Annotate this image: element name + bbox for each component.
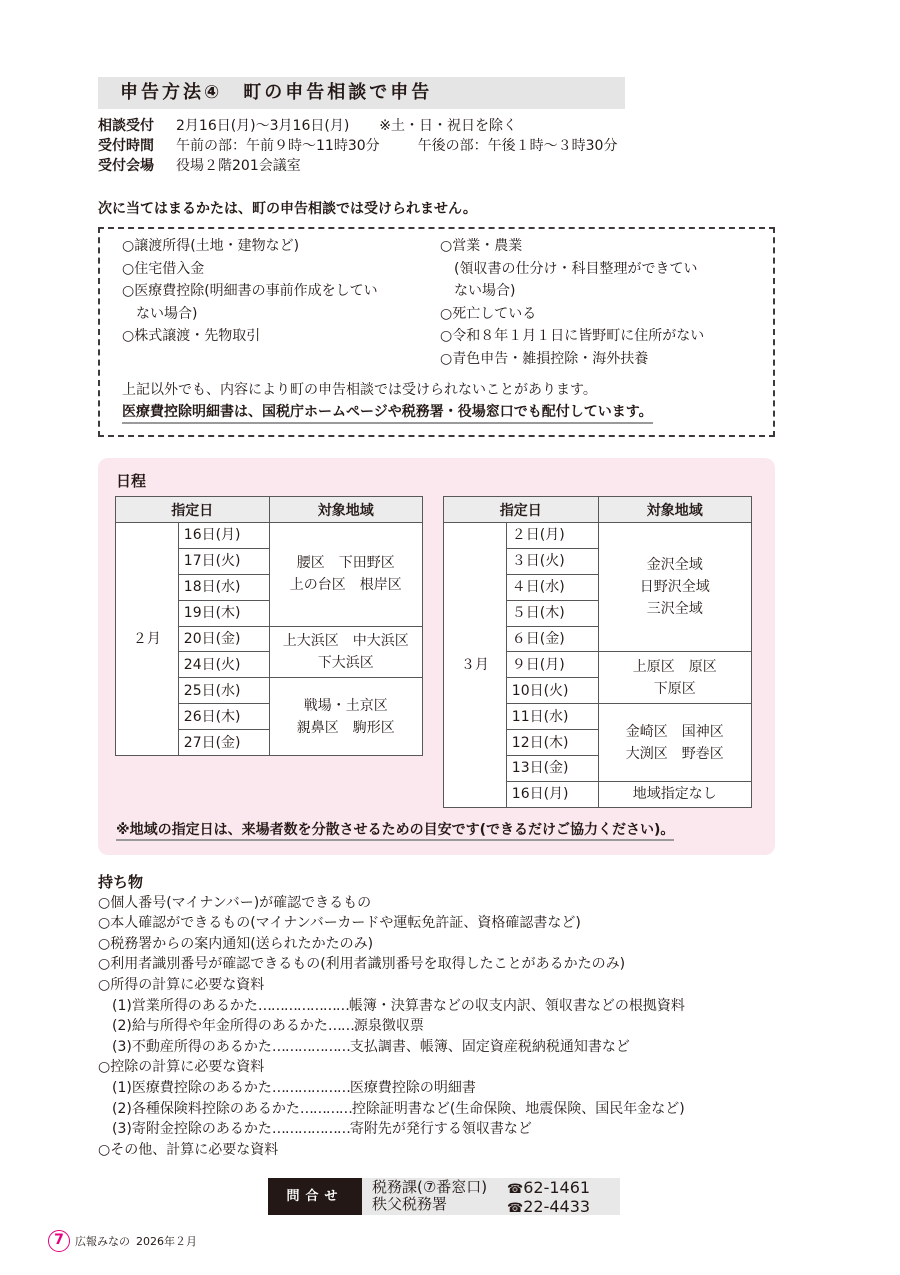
schedule-table-march: 指定日 対象地域 ３月 ２日(月) 金沢全域日野沢全域三沢全域 ３日(火) ４日… (443, 496, 752, 808)
day-cell: 27日(金) (178, 730, 269, 756)
contact-box: 問合せ 税務課(⑦番窓口) 秩父税務署 ☎62-1461 ☎22-4433 (268, 1178, 620, 1215)
area-cell: 金崎区 国神区大渕区 野巻区 (598, 704, 751, 782)
info-value: 役場２階201会議室 (176, 158, 301, 174)
month-cell: ２月 (116, 523, 179, 756)
day-cell: 18日(水) (178, 574, 269, 600)
area-cell: 戦場・土京区親鼻区 駒形区 (269, 678, 422, 756)
publication-date: 2026年２月 (136, 1233, 197, 1249)
header-date: 指定日 (116, 497, 270, 523)
day-cell: ６日(金) (506, 626, 598, 652)
bring-item: ○税務署からの案内通知(送られたかたのみ) (98, 934, 685, 955)
exclusion-item: ○譲渡所得(土地・建物など) (122, 235, 378, 258)
month-cell: ３月 (444, 523, 507, 808)
day-cell: 16日(月) (178, 523, 269, 549)
day-cell: 25日(水) (178, 678, 269, 704)
table-row: ３月 ２日(月) 金沢全域日野沢全域三沢全域 (444, 523, 752, 549)
day-cell: ４日(水) (506, 574, 598, 600)
income-subitem: (1)営業所得のあるかた…………………帳簿・決算書などの収支内訳、領収書などの根… (98, 996, 685, 1017)
day-cell: 19日(木) (178, 600, 269, 626)
notice-heading: 次に当てはまるかたは、町の申告相談では受けられません。 (98, 198, 477, 218)
exclusion-box: ○譲渡所得(土地・建物など) ○住宅借入金 ○医療費控除(明細書の事前作成をして… (98, 227, 775, 437)
day-cell: 10日(火) (506, 678, 598, 704)
header-area: 対象地域 (598, 497, 751, 523)
area-cell: 腰区 下田野区上の台区 根岸区 (269, 523, 422, 627)
day-cell: ３日(火) (506, 548, 598, 574)
bring-heading: 持ち物 (98, 872, 685, 893)
exclusion-item: ○令和８年１月１日に皆野町に住所がない (440, 325, 704, 348)
exclusion-item: ○株式譲渡・先物取引 (122, 325, 378, 348)
table-row: ２月 16日(月) 腰区 下田野区上の台区 根岸区 (116, 523, 423, 549)
exclusion-item: ○医療費控除(明細書の事前作成をしてい (122, 280, 378, 303)
exclusion-item-cont: (領収書の仕分け・科目整理ができてい (440, 258, 704, 281)
contact-name: 税務課(⑦番窓口) (372, 1179, 507, 1196)
contact-phone: 62-1461 (523, 1178, 590, 1197)
day-cell: ２日(月) (506, 523, 598, 549)
day-cell: 24日(火) (178, 652, 269, 678)
exclusion-item: ○死亡している (440, 303, 704, 326)
schedule-footnote: ※地域の指定日は、来場者数を分散させるための目安です(できるだけご協力ください)… (116, 819, 674, 841)
phone-icon: ☎ (507, 1201, 523, 1216)
area-cell: 上原区 原区下原区 (598, 652, 751, 704)
header-date: 指定日 (444, 497, 599, 523)
exclusion-bold-note: 医療費控除明細書は、国税庁ホームページや税務署・役場窓口でも配付しています。 (122, 401, 653, 424)
page-footer: 7 広報みなの 2026年２月 (48, 1230, 197, 1252)
info-row-venue: 受付会場役場２階201会議室 (98, 156, 301, 176)
income-subitem: (3)不動産所得のあるかた………………支払調書、帳簿、固定資産税納税通知書など (98, 1037, 685, 1058)
day-cell: ５日(木) (506, 600, 598, 626)
contact-name: 秩父税務署 (372, 1196, 507, 1213)
deduction-subitem: (2)各種保険料控除のあるかた…………控除証明書など(生命保険、地震保険、国民年… (98, 1099, 685, 1120)
exclusion-item-cont: ない場合) (122, 303, 378, 326)
contact-names: 税務課(⑦番窓口) 秩父税務署 (362, 1178, 507, 1215)
income-subitem: (2)給与所得や年金所得のあるかた……源泉徴収票 (98, 1016, 685, 1037)
day-cell: 16日(月) (506, 781, 598, 807)
schedule-panel: 日程 指定日 対象地域 ２月 16日(月) 腰区 下田野区上の台区 根岸区 17… (98, 458, 775, 855)
area-cell: 金沢全域日野沢全域三沢全域 (598, 523, 751, 652)
bring-item: ○個人番号(マイナンバー)が確認できるもの (98, 893, 685, 914)
section-title: 申告方法④ 町の申告相談で申告 (98, 77, 625, 109)
info-row-consultation: 相談受付2月16日(月)～3月16日(月)※土・日・祝日を除く (98, 116, 517, 136)
info-label: 受付会場 (98, 156, 176, 176)
day-cell: ９日(月) (506, 652, 598, 678)
bring-item: ○本人確認ができるもの(マイナンバーカードや運転免許証、資格確認書など) (98, 913, 685, 934)
day-cell: 20日(金) (178, 626, 269, 652)
info-extra: 午後の部：午後１時～３時30分 (418, 138, 618, 154)
exclusion-item: ○青色申告・雑損控除・海外扶養 (440, 348, 704, 371)
bring-list: 持ち物 ○個人番号(マイナンバー)が確認できるもの ○本人確認ができるもの(マイ… (98, 872, 685, 1160)
day-cell: 11日(水) (506, 704, 598, 730)
info-label: 相談受付 (98, 116, 176, 136)
info-value: 2月16日(月)～3月16日(月) (176, 118, 349, 134)
info-row-hours: 受付時間午前の部：午前９時～11時30分午後の部：午後１時～３時30分 (98, 136, 617, 156)
exclusion-item-cont: ない場合) (440, 280, 704, 303)
info-extra: ※土・日・祝日を除く (379, 118, 517, 134)
phone-icon: ☎ (507, 1182, 523, 1197)
exclusion-item: ○住宅借入金 (122, 258, 378, 281)
day-cell: 17日(火) (178, 548, 269, 574)
schedule-title: 日程 (116, 470, 146, 491)
header-area: 対象地域 (269, 497, 422, 523)
area-cell: 上大浜区 中大浜区下大浜区 (269, 626, 422, 678)
bring-item: ○所得の計算に必要な資料 (98, 975, 685, 996)
contact-tag: 問合せ (268, 1178, 362, 1215)
deduction-subitem: (1)医療費控除のあるかた………………医療費控除の明細書 (98, 1078, 685, 1099)
day-cell: 26日(木) (178, 704, 269, 730)
info-value: 午前の部：午前９時～11時30分 (176, 138, 380, 154)
contact-phones: ☎62-1461 ☎22-4433 (507, 1178, 590, 1215)
deduction-subitem: (3)寄附金控除のあるかた………………寄附先が発行する領収書など (98, 1119, 685, 1140)
bring-item: ○利用者識別番号が確認できるもの(利用者識別番号を取得したことがあるかたのみ) (98, 954, 685, 975)
exclusion-right-column: ○営業・農業 (領収書の仕分け・科目整理ができてい ない場合) ○死亡している … (440, 235, 704, 370)
day-cell: 12日(木) (506, 730, 598, 756)
publication-name: 広報みなの (75, 1233, 130, 1249)
area-cell: 地域指定なし (598, 781, 751, 807)
info-label: 受付時間 (98, 136, 176, 156)
exclusion-item: ○営業・農業 (440, 235, 704, 258)
exclusion-note: 上記以外でも、内容により町の申告相談では受けられないことがあります。 (122, 379, 597, 399)
schedule-table-february: 指定日 対象地域 ２月 16日(月) 腰区 下田野区上の台区 根岸区 17日(火… (115, 496, 423, 756)
day-cell: 13日(金) (506, 756, 598, 782)
page-number: 7 (48, 1230, 70, 1252)
contact-phone: 22-4433 (523, 1197, 590, 1216)
bring-item: ○その他、計算に必要な資料 (98, 1140, 685, 1161)
bring-item: ○控除の計算に必要な資料 (98, 1057, 685, 1078)
exclusion-left-column: ○譲渡所得(土地・建物など) ○住宅借入金 ○医療費控除(明細書の事前作成をして… (122, 235, 378, 348)
